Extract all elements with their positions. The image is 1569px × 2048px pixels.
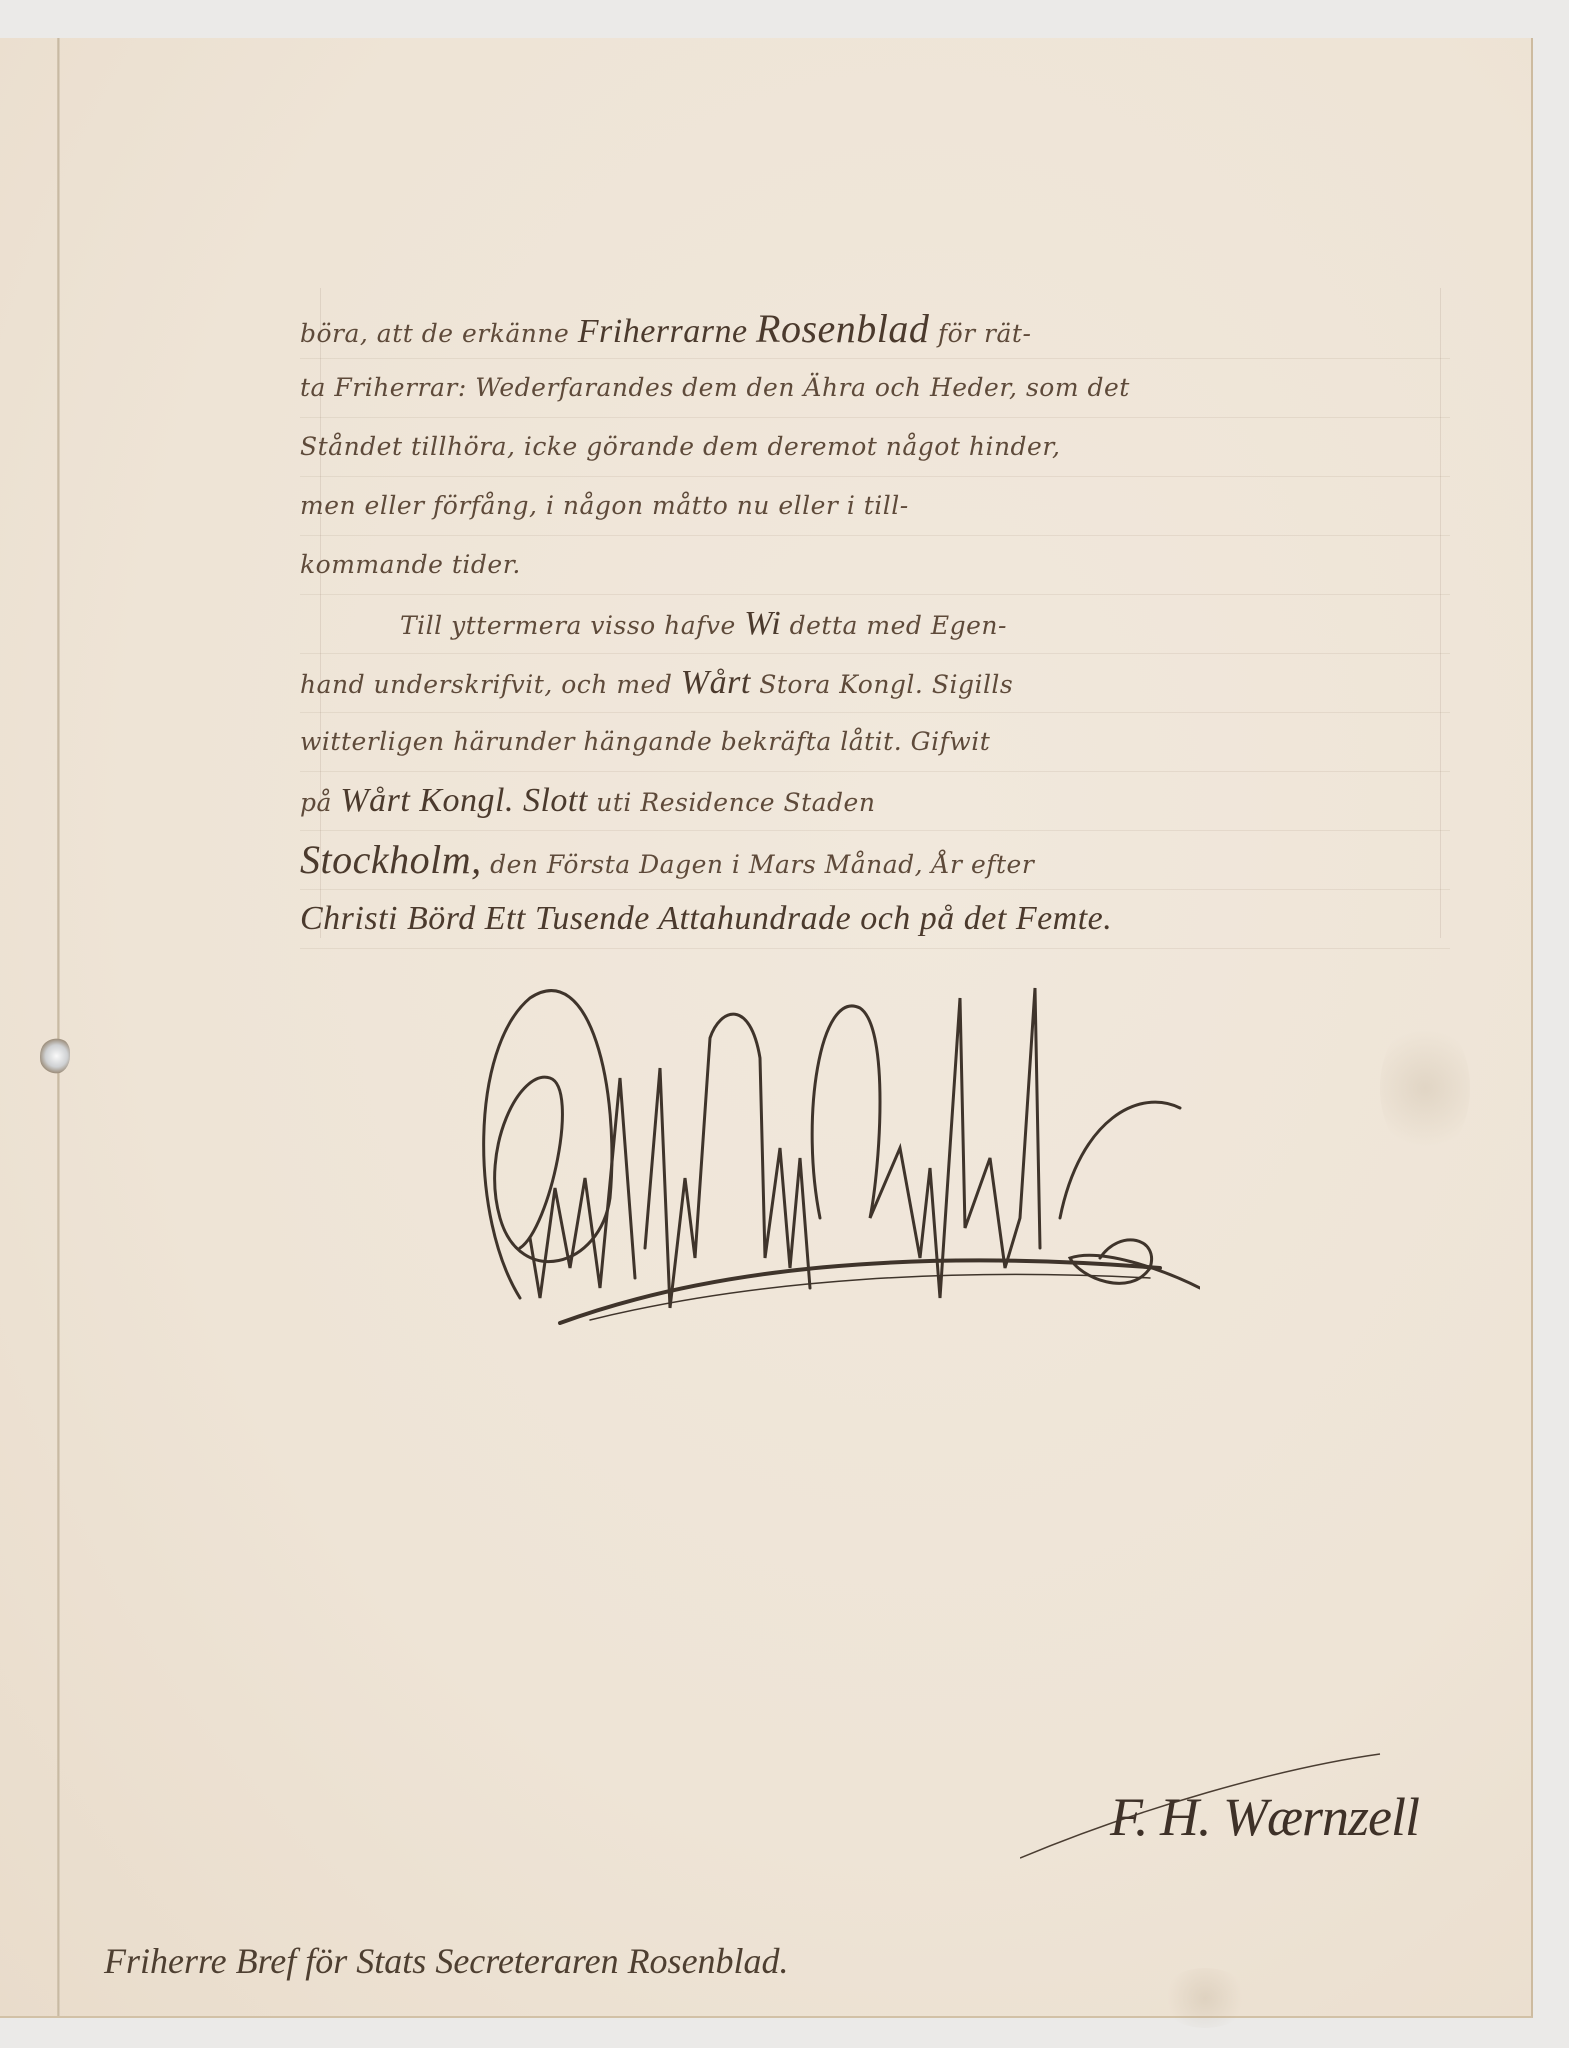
paper-stain bbox=[1380, 1018, 1470, 1158]
paper-stain bbox=[1160, 1968, 1250, 2028]
emphasized-word: Friherrarne bbox=[578, 313, 748, 350]
document-body: böra, att de erkänne Friherrarne Rosenbl… bbox=[300, 300, 1450, 949]
body-line: Stockholm, den Första Dagen i Mars Månad… bbox=[300, 831, 1450, 890]
emphasized-word: Wi bbox=[744, 605, 781, 642]
royal-signature-text: Gustaf Adolph bbox=[490, 1088, 1200, 1432]
body-line: Till yttermera visso hafve Wi detta med … bbox=[300, 595, 1450, 654]
date-phrase: Christi Börd Ett Tusende Attahundrade oc… bbox=[300, 900, 1112, 937]
docket-note: Friherre Bref för Stats Secreteraren Ros… bbox=[104, 1940, 789, 1982]
place-name: Stockholm, bbox=[300, 837, 482, 882]
body-line: hand underskrifvit, och med Wårt Stora K… bbox=[300, 654, 1450, 713]
family-name: Rosenblad bbox=[756, 306, 929, 351]
body-line: men eller förfång, i någon måtto nu elle… bbox=[300, 477, 1450, 536]
royal-signature: Gustaf Adolph bbox=[460, 968, 1200, 1328]
body-line: Christi Börd Ett Tusende Attahundrade oc… bbox=[300, 890, 1450, 949]
body-line: böra, att de erkänne Friherrarne Rosenbl… bbox=[300, 300, 1450, 359]
document-page: böra, att de erkänne Friherrarne Rosenbl… bbox=[0, 38, 1533, 2018]
emphasized-word: Wårt Kongl. Slott bbox=[340, 782, 587, 819]
body-line: ta Friherrar: Wederfarandes dem den Ähra… bbox=[300, 359, 1450, 418]
body-line: Ståndet tillhöra, icke görande dem derem… bbox=[300, 418, 1450, 477]
emphasized-word: Wårt bbox=[681, 664, 751, 701]
body-line: kommande tider. bbox=[300, 536, 1450, 595]
binding-fold bbox=[57, 38, 60, 2016]
binding-hole bbox=[40, 1038, 70, 1074]
body-line: på Wårt Kongl. Slott uti Residence Stade… bbox=[300, 772, 1450, 831]
body-line: witterligen härunder hängande bekräfta l… bbox=[300, 713, 1450, 772]
countersignature: F. H. Wærnzell bbox=[1020, 1728, 1440, 1898]
